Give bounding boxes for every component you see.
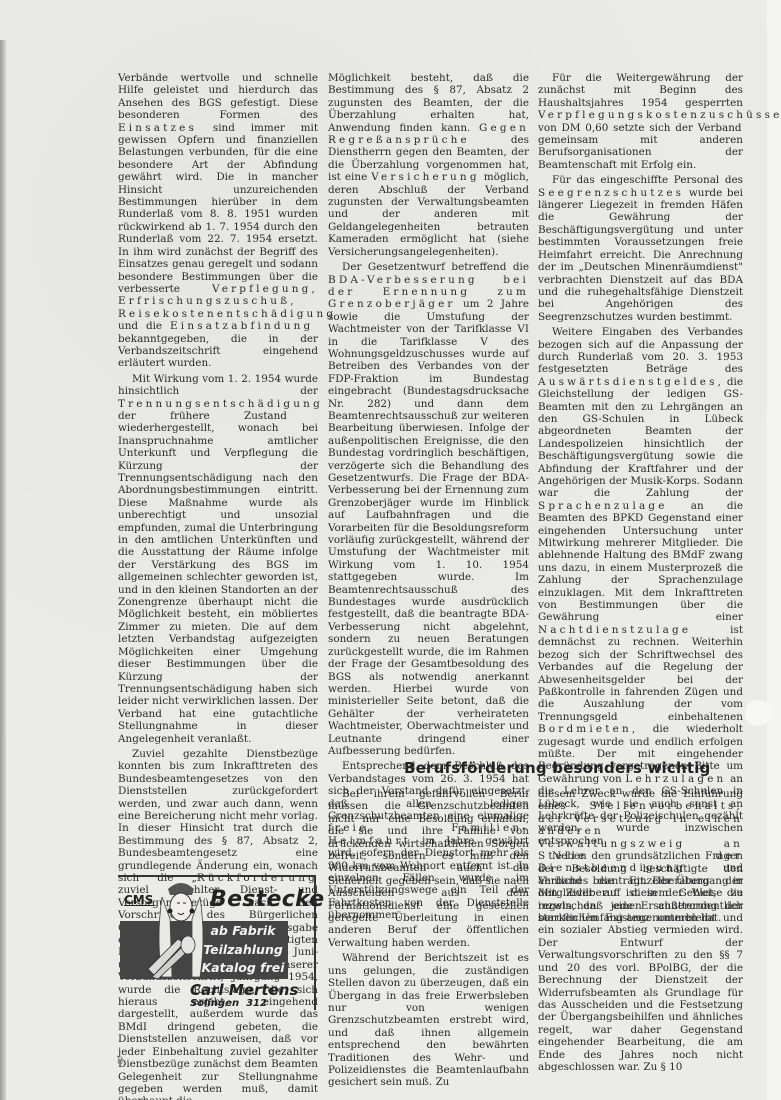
paragraph: Verbände wertvolle und schnelle Hilfe ge… (118, 72, 318, 370)
paragraph-text: Zuviel gezahlte Dienstbezüge konnten bis… (118, 748, 318, 884)
emphasized-term: Auswärtsdienstgeldes (538, 376, 718, 388)
text-column-right-lower: diesem Zweck wurde die Einführung eines … (538, 788, 743, 1073)
advertisement: CMS Bestecke ab Fabrik Teilzahlung Katal… (118, 875, 316, 1010)
page-number: 8 (117, 1056, 123, 1067)
paragraph: Während der Berichtszeit ist es uns gelu… (328, 952, 529, 1088)
scan-margin (767, 0, 781, 1100)
emphasized-term: Einsatzabfindung (170, 320, 313, 332)
paragraph-text: Mit Wirkung vom 1. 2. 1954 wurde hinsich… (118, 373, 318, 397)
document-page: Verbände wertvolle und schnelle Hilfe ge… (0, 0, 781, 1100)
ad-title: Bestecke (210, 887, 324, 912)
paragraph-text: Für das eingeschiffte Personal des (552, 174, 743, 186)
paragraph-text: Bei ihrem gefahrvollen Beruf müssen die … (328, 788, 529, 949)
emphasized-term: Verpflegungskostenzuschüsse (538, 109, 781, 121)
emphasized-term: Bordmieten (538, 723, 632, 735)
paragraph-text: und ähnliches beantragt. Der Übergang in… (538, 862, 743, 1073)
paragraph-text: um 2 Jahre sowie die Umstufung der Wacht… (328, 298, 529, 757)
paragraph-text: Für die Weitergewährung der zunächst mit… (538, 72, 743, 109)
ad-offer-lines: ab Fabrik Teilzahlung Katalog frei (198, 922, 288, 978)
paragraph-text: Der Gesetzentwurf betreffend die (342, 261, 529, 273)
ad-offer-line: ab Fabrik (198, 922, 288, 941)
text-column-middle-lower: Bei ihrem gefahrvollen Beruf müssen die … (328, 788, 529, 1089)
paragraph-text: von DM 0,60 setzte sich der Verband geme… (538, 122, 743, 171)
emphasized-term: Trennungsentschädigung (118, 398, 323, 410)
emphasized-term: Einsatzes (118, 122, 197, 134)
paragraph: Bei ihrem gefahrvollen Beruf müssen die … (328, 788, 529, 949)
paragraph-text: und die (118, 320, 170, 332)
ad-company-name: Carl Mertens (190, 981, 298, 999)
emphasized-term: Nachtdienstzulage (538, 624, 691, 636)
paragraph-text: wurde bei längerer Liegezeit in fremden … (538, 187, 743, 323)
emphasized-term: Versicherung (371, 171, 479, 183)
emphasized-term: Seegrenzschutzes (538, 187, 684, 199)
ad-city-name: Solingen (190, 998, 239, 1009)
paragraph-text: Während der Berichtszeit ist es uns gelu… (328, 952, 529, 1088)
paragraph-text: ist demnächst zu rechnen. Weiterhin bezo… (538, 624, 743, 723)
ad-offer-line: Teilzahlung (198, 941, 288, 960)
section-heading: Berufsförderung besonders wichtig (404, 759, 711, 777)
emphasized-term: Sprachenzulage (538, 500, 668, 512)
ad-city: Solingen 312 (190, 998, 267, 1009)
paragraph-text: Weitere Eingaben des Verbandes bezogen s… (538, 326, 743, 375)
paragraph-text: , die Gleichstellung der ledigen GS-Beam… (538, 376, 743, 500)
paragraph: Für die Weitergewährung der zunächst mit… (538, 72, 743, 171)
paragraph-text: möglich, deren Abschluß der Verband zugu… (328, 171, 529, 257)
paragraph: Für das eingeschiffte Personal des Seegr… (538, 174, 743, 323)
paragraph: diesem Zweck wurde die Einführung eines … (538, 788, 743, 1073)
paragraph-text: bekanntgegeben, die in der Verbandszeits… (118, 333, 318, 370)
ad-offer-line: Katalog frei (198, 959, 288, 978)
paragraph: Der Gesetzentwurf betreffend die BDA-Ver… (328, 261, 529, 757)
paragraph-text: an die Beamten des BPKD Gegenstand einer… (538, 500, 743, 624)
paper-blemish (745, 700, 771, 726)
ad-code: 312 (246, 998, 267, 1009)
paragraph-text: sind immer mit gewissen Opfern und finan… (118, 122, 318, 295)
scan-edge-shadow (0, 40, 6, 1100)
paragraph-text: Verbände wertvolle und schnelle Hilfe ge… (118, 72, 318, 121)
paragraph: Möglichkeit besteht, daß die Bestimmung … (328, 72, 529, 258)
paragraph-text: der frühere Zustand wiederhergestellt, w… (118, 410, 318, 745)
paragraph: Mit Wirkung vom 1. 2. 1954 wurde hinsich… (118, 373, 318, 745)
